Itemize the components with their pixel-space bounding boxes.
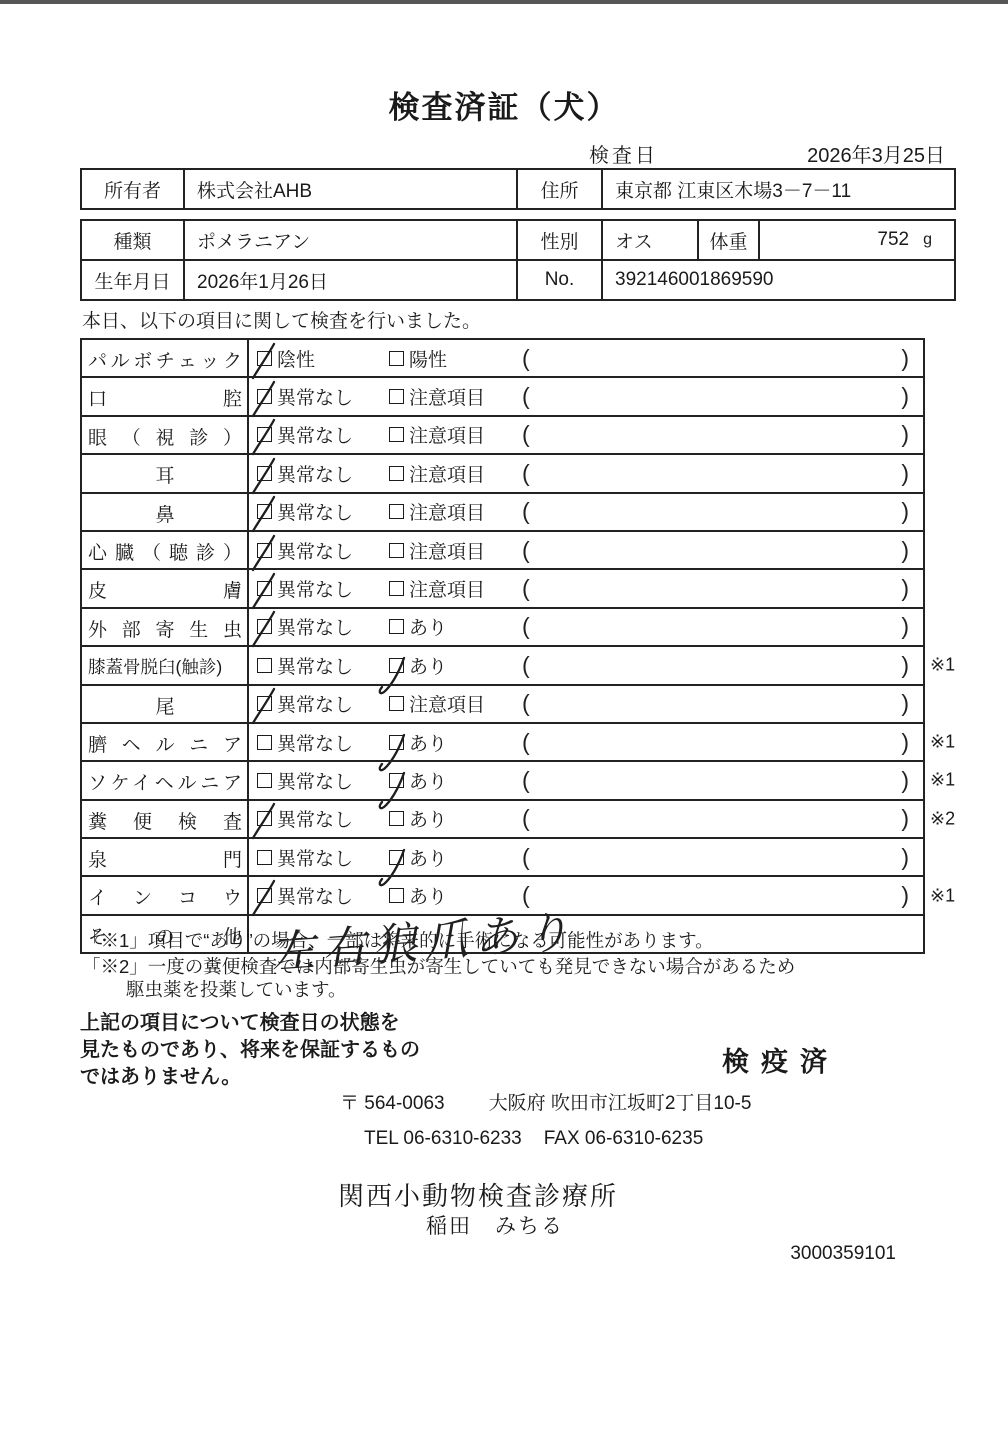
item-label: 膝蓋骨脱臼(触診) [82,647,249,683]
negative-label: 陰性 [277,345,315,372]
normal-checkbox [257,581,272,596]
sex-label: 性別 [518,221,603,259]
check-mark [258,889,271,902]
clinic-fax: FAX 06-6310-6235 [544,1128,704,1149]
normal-checkbox [257,466,272,481]
caution-label: 注意項目 [409,460,485,487]
paren-close: ) [901,615,909,638]
caution-checkbox [389,504,404,519]
paren-open: ( [522,846,530,869]
normal-checkbox [257,619,272,634]
caution-checkbox [389,466,404,481]
intro-text: 本日、以下の項目に関して検査を行いました。 [82,306,481,333]
normal-checkbox [257,888,272,903]
paren-open: ( [522,539,530,562]
certificate-page: 検査済証（犬） 検査日 2026年3月25日 所有者 株式会社AHB 住所 東京… [0,0,1008,1433]
weight-value: 752 [877,229,909,251]
check-mark [390,736,403,749]
caution-label: 注意項目 [409,575,485,602]
weight-label: 体重 [699,221,760,259]
positive-checkbox [389,351,404,366]
caution-label: 注意項目 [409,421,485,448]
birthdate-label: 生年月日 [82,261,185,299]
remark-mark: ※1 [930,885,955,906]
paren-open: ( [522,385,530,408]
breed-label: 種類 [82,221,185,259]
normal-label: 異常なし [277,690,353,717]
check-mark [258,544,271,557]
present-checkbox [389,850,404,865]
inspection-date-label: 検査日 [589,139,658,168]
pet-info-table: 種類 ポメラニアン 性別 オス 体重 752 g 生年月日 2026年1月26日… [80,219,956,301]
paren-close: ) [901,846,909,869]
number-label: No. [518,261,603,299]
item-label: 耳 [82,455,249,491]
owner-label: 所有者 [82,170,185,208]
checklist-row-external-parasites: 外部寄生虫 異常なし あり () [82,607,923,645]
pet-info-row-2: 生年月日 2026年1月26日 No. 392146001869590 [82,259,954,299]
normal-label: 異常なし [277,575,353,602]
present-checkbox [389,773,404,788]
paren-close: ) [901,462,909,485]
sex-value: オス [603,221,699,259]
present-label: あり [409,613,447,640]
breed-value: ポメラニアン [185,221,518,259]
normal-label: 異常なし [277,882,353,909]
checklist-row-umbilical-hernia: 臍ヘルニア 異常なし あり () ※1 [82,722,923,760]
disclaimer: 上記の項目について検査日の状態を 見たものであり、将来を保証するもの ではありま… [80,1010,420,1091]
present-label: あり [409,767,447,794]
check-mark [258,467,271,480]
normal-checkbox [257,735,272,750]
number-value: 392146001869590 [603,261,954,299]
clinic-address-line: 〒 564-0063大阪府 吹田市江坂町2丁目10-5 [340,1088,751,1115]
check-mark [390,659,403,672]
checklist-row-tail: 尾 異常なし 注意項目 () [82,684,923,722]
normal-label: 異常なし [277,844,353,871]
item-label: ソケイヘルニア [82,762,249,798]
present-label: あり [409,652,447,679]
normal-label: 異常なし [277,805,353,832]
normal-label: 異常なし [277,652,353,679]
present-checkbox [389,811,404,826]
paren-open: ( [522,500,530,523]
clinic-tel: TEL 06-6310-6233 [364,1128,522,1149]
paren-open: ( [522,769,530,792]
paren-close: ) [901,423,909,446]
check-mark [390,774,403,787]
normal-checkbox [257,773,272,788]
check-mark [258,352,271,365]
paren-open: ( [522,347,530,370]
item-label: 鼻 [82,494,249,530]
checklist-row-inguinal-hernia: ソケイヘルニア 異常なし あり () ※1 [82,760,923,798]
item-label: 眼（視診） [82,417,249,453]
weight-value-cell: 752 g [760,221,954,259]
remark-mark: ※2 [930,808,955,829]
item-label: 臍ヘルニア [82,724,249,760]
clinic-address: 大阪府 吹田市江坂町2丁目10-5 [489,1093,752,1114]
normal-checkbox [257,543,272,558]
veterinarian-name: 稲田 みちる [426,1210,564,1240]
paren-close: ) [901,385,909,408]
caution-checkbox [389,581,404,596]
remark-mark: ※1 [930,655,955,676]
check-mark [258,505,271,518]
caution-checkbox [389,389,404,404]
checklist-table: パルボチェック 陰性 陽性 () 口腔 異常なし 注意項目 () 眼（視診） 異… [80,338,925,954]
item-label: 尾 [82,686,249,722]
item-label: インコウ [82,877,249,913]
normal-checkbox [257,427,272,442]
paren-close: ) [901,692,909,715]
checklist-row-skin: 皮膚 異常なし 注意項目 () [82,568,923,606]
remark-mark: ※1 [930,732,955,753]
negative-checkbox [257,351,272,366]
checklist-row-nose: 鼻 異常なし 注意項目 () [82,492,923,530]
checklist-row-heart: 心臓（聴診） 異常なし 注意項目 () [82,530,923,568]
check-mark [258,697,271,710]
caution-checkbox [389,543,404,558]
normal-label: 異常なし [277,460,353,487]
item-label: 口腔 [82,378,249,414]
paren-close: ) [901,577,909,600]
present-label: あり [409,805,447,832]
check-mark [390,851,403,864]
disclaimer-line-1: 上記の項目について検査日の状態を [80,1010,420,1037]
normal-label: 異常なし [277,421,353,448]
normal-label: 異常なし [277,613,353,640]
quarantine-stamp: 検疫済 [722,1040,839,1079]
check-mark [258,428,271,441]
paren-close: ) [901,347,909,370]
paren-open: ( [522,692,530,715]
paren-open: ( [522,577,530,600]
checklist-row-ears: 耳 異常なし 注意項目 () [82,453,923,491]
page-title: 検査済証（犬） [0,82,1008,127]
paren-open: ( [522,462,530,485]
checklist-row-parvo: パルボチェック 陰性 陽性 () [82,340,923,376]
pet-info-row-1: 種類 ポメラニアン 性別 オス 体重 752 g [82,221,954,259]
checklist-row-fecal-exam: 糞便検査 異常なし あり () ※2 [82,799,923,837]
present-checkbox [389,619,404,634]
paren-close: ) [901,500,909,523]
normal-checkbox [257,696,272,711]
disclaimer-line-3: ではありません。 [80,1064,420,1091]
item-label: パルボチェック [82,340,249,376]
caution-label: 注意項目 [409,690,485,717]
normal-label: 異常なし [277,767,353,794]
paren-close: ) [901,731,909,754]
check-mark [258,620,271,633]
normal-label: 異常なし [277,537,353,564]
disclaimer-line-2: 見たものであり、将来を保証するもの [80,1037,420,1064]
paren-close: ) [901,769,909,792]
normal-label: 異常なし [277,383,353,410]
owner-table: 所有者 株式会社AHB 住所 東京都 江東区木場3－7－11 [80,168,956,210]
normal-checkbox [257,811,272,826]
item-label: 糞便検査 [82,801,249,837]
check-mark [258,390,271,403]
serial-number: 3000359101 [790,1243,896,1265]
footnote-2-continued: 駆虫薬を投薬しています。 [126,978,347,1001]
caution-checkbox [389,427,404,442]
weight-unit: g [923,231,932,249]
address-label: 住所 [518,170,603,208]
scan-edge-artifact [0,0,1008,4]
paren-open: ( [522,423,530,446]
checklist-row-eyes: 眼（視診） 異常なし 注意項目 () [82,415,923,453]
present-checkbox [389,658,404,673]
positive-label: 陽性 [409,345,447,372]
check-mark [258,812,271,825]
normal-label: 異常なし [277,498,353,525]
birthdate-value: 2026年1月26日 [185,261,518,299]
paren-close: ) [901,884,909,907]
paren-open: ( [522,615,530,638]
checklist-row-mouth: 口腔 異常なし 注意項目 () [82,376,923,414]
present-label: あり [409,729,447,756]
present-checkbox [389,888,404,903]
paren-close: ) [901,807,909,830]
normal-label: 異常なし [277,729,353,756]
paren-open: ( [522,807,530,830]
paren-close: ) [901,539,909,562]
paren-open: ( [522,654,530,677]
item-label: 心臓（聴診） [82,532,249,568]
caution-label: 注意項目 [409,383,485,410]
present-checkbox [389,735,404,750]
address-value: 東京都 江東区木場3－7－11 [603,170,954,208]
normal-checkbox [257,504,272,519]
normal-checkbox [257,658,272,673]
owner-row: 所有者 株式会社AHB 住所 東京都 江東区木場3－7－11 [82,170,954,208]
caution-checkbox [389,696,404,711]
item-label: 皮膚 [82,570,249,606]
caution-label: 注意項目 [409,537,485,564]
normal-checkbox [257,850,272,865]
caution-label: 注意項目 [409,498,485,525]
present-label: あり [409,844,447,871]
paren-open: ( [522,731,530,754]
clinic-name: 関西小動物検査診療所 [338,1176,618,1213]
normal-checkbox [257,389,272,404]
item-label: 泉門 [82,839,249,875]
clinic-postal-code: 〒 564-0063 [340,1093,445,1114]
remark-mark: ※1 [930,770,955,791]
checklist-row-fontanelle: 泉門 異常なし あり () [82,837,923,875]
owner-value: 株式会社AHB [185,170,518,208]
check-mark [258,582,271,595]
checklist-row-patella: 膝蓋骨脱臼(触診) 異常なし あり () ※1 [82,645,923,683]
inspection-date-value: 2026年3月25日 [807,139,945,168]
item-label: 外部寄生虫 [82,609,249,645]
clinic-phone-line: TEL 06-6310-6233FAX 06-6310-6235 [364,1128,703,1150]
paren-close: ) [901,654,909,677]
